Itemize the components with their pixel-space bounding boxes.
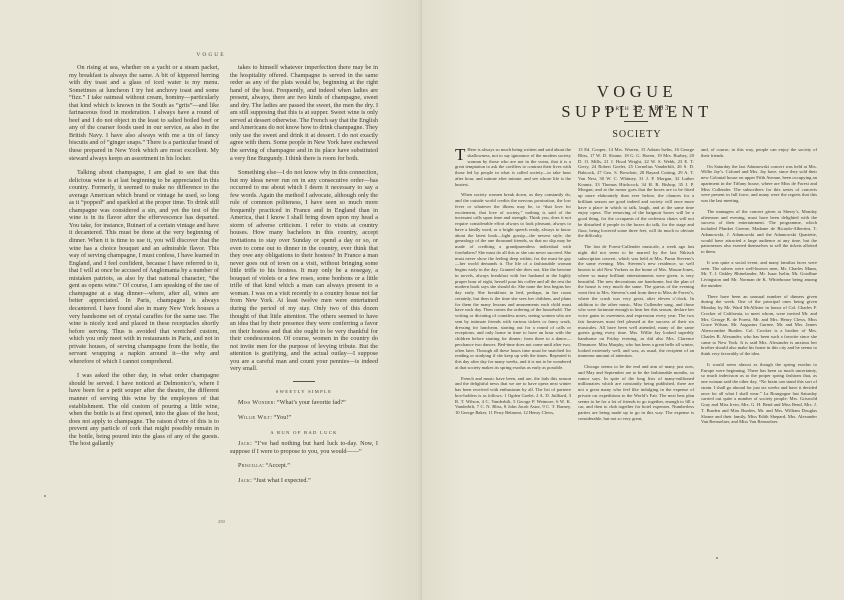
dateline: MARCH 25, 1893: [552, 103, 722, 112]
joke-title: SWEETLY SIMPLE: [230, 388, 378, 396]
speech: “What’s your favorite fad?”: [277, 399, 346, 406]
speech: “I’ve had nothing but hard luck to-day. …: [230, 440, 378, 455]
paragraph: French and music have been, and are, the…: [455, 376, 571, 416]
left-column-2: takes to himself whatever imperfection t…: [230, 64, 378, 491]
society-column-3: and, of course, in this way, people can …: [701, 147, 817, 430]
running-head: VOGUE: [70, 52, 352, 58]
paragraph: The last de Forest-Cullender musicale, a…: [578, 244, 694, 359]
divider-rule: [624, 121, 648, 122]
society-column-1: THere is always so much being written an…: [455, 147, 571, 421]
paragraph: On Saturday the last Adamowski concert w…: [701, 164, 817, 204]
paragraph: Chicago seems to be the end and aim of m…: [578, 364, 694, 422]
paragraph: takes to himself whatever imperfection t…: [230, 64, 378, 162]
page-number: 250: [218, 519, 225, 524]
dialogue-line: Miss Wonder: “What’s your favorite fad?”: [230, 399, 378, 407]
speech: “Accept.”: [265, 462, 290, 469]
divider-rule: [293, 381, 315, 382]
speaker: Jack: [238, 477, 250, 484]
left-column-1: On rising at sea, whether on a yacht or …: [69, 64, 219, 455]
society-column-2: 13 Ed. Cooper, 14 Mrs. Warren, 15 Adrian…: [578, 147, 694, 427]
magazine-spread: VOGUE On rising at sea, whether on a yac…: [0, 0, 844, 600]
speaker: Priscilla: [238, 462, 262, 469]
speaker: Willie Wilt: [238, 414, 270, 421]
joke-title: A RUN OF BAD LUCK: [230, 429, 378, 437]
date-day-year: 25, 1893: [633, 103, 670, 112]
right-page: VOGUE SUPPLEMENT MARCH 25, 1893 SOCIETY …: [422, 0, 844, 600]
dialogue-line: Jack: “I’ve had nothing but hard luck to…: [230, 440, 378, 455]
date-month: MARCH: [604, 106, 630, 112]
paper-speck: [44, 495, 46, 497]
dialogue-line: Jack: “Just what I expected.”: [230, 477, 378, 485]
paragraph: THere is always so much being written an…: [455, 147, 571, 187]
masthead-title: VOGUE SUPPLEMENT: [522, 82, 752, 122]
speech: “Just what I expected.”: [253, 477, 310, 484]
speech: “You!”: [274, 414, 292, 421]
paper-speck: [716, 557, 718, 559]
paragraph: and, of course, in this way, people can …: [701, 147, 817, 159]
paragraph: When society women break down, as they c…: [455, 192, 571, 370]
paragraph: On rising at sea, whether on a yacht or …: [69, 64, 219, 162]
speaker: Jack: [238, 440, 250, 447]
paragraph: Talking about champagne, I am glad to se…: [69, 169, 219, 365]
paragraph: I was asked the other day, in what order…: [69, 372, 219, 447]
drop-cap: T: [455, 148, 465, 162]
left-page: VOGUE On rising at sea, whether on a yac…: [0, 0, 422, 600]
section-title: SOCIETY: [552, 129, 722, 140]
paragraph: 13 Ed. Cooper, 14 Mrs. Warren, 15 Adrian…: [578, 147, 694, 239]
paragraph: It would seem almost as though the sprin…: [701, 362, 817, 425]
paragraph: Something else—I do not know why in this…: [230, 169, 378, 373]
dialogue-line: Willie Wilt: “You!”: [230, 414, 378, 422]
paragraph-text: Here is always so much being written and…: [455, 147, 571, 187]
paragraph: There have been an unusual number of din…: [701, 294, 817, 357]
paragraph: It was quite a social event, and many fa…: [701, 260, 817, 289]
speaker: Miss Wonder: [238, 399, 274, 406]
paragraph: The managers of the concert given at She…: [701, 209, 817, 255]
dialogue-line: Priscilla: “Accept.”: [230, 462, 378, 470]
